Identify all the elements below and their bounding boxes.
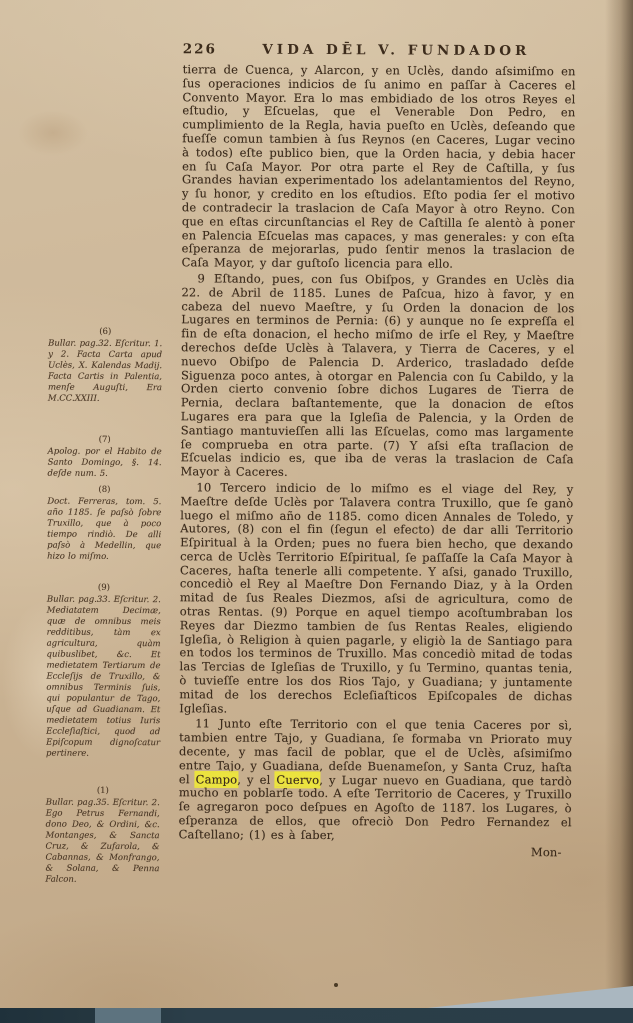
- highlight-campo: Campo: [196, 772, 238, 786]
- page-number: 226: [183, 41, 217, 57]
- margin-note-1: (1) Bullar. pag.35. Eſcritur. 2. Ego Pet…: [45, 786, 160, 887]
- note-text: Apolog. por el Habito de Santo Domingo, …: [47, 447, 161, 481]
- page-content: 226 VIDA DĒL V. FUNDADOR tierra de Cuenc…: [0, 0, 633, 1023]
- paragraph-11: 11Junto eſte Territorio con el que tenia…: [179, 718, 573, 844]
- note-label: (8): [47, 485, 161, 497]
- page-header: 226 VIDA DĒL V. FUNDADOR: [183, 41, 576, 59]
- note-text: Bullar. pag.33. Eſcritur. 2. Mediatatem …: [46, 595, 161, 761]
- note-text: Doct. Ferreras, tom. 5. año 1185. ſe paſ…: [47, 497, 161, 564]
- catchword-row: Mon-: [179, 844, 572, 860]
- highlight-cuervo: Cuervo: [276, 772, 319, 786]
- paragraph-continuation: tierra de Cuenca, y Alarcon, y en Uclès,…: [182, 63, 576, 272]
- paragraph-number: 9: [198, 271, 206, 285]
- paragraph-text: Eſtando, pues, con ſus Obiſpos, y Grande…: [180, 271, 574, 479]
- paragraph-9: 9Eſtando, pues, con ſus Obiſpos, y Grand…: [180, 272, 574, 481]
- running-title: VIDA DĒL V. FUNDADOR: [217, 41, 576, 59]
- margin-notes-column: (6) Bullar. pag.32. Eſcritur. 1. y 2. Fa…: [45, 327, 162, 887]
- margin-note-9: (9) Bullar. pag.33. Eſcritur. 2. Mediata…: [46, 583, 161, 761]
- scanned-book-page: 226 VIDA DĒL V. FUNDADOR tierra de Cuenc…: [0, 0, 633, 1023]
- paragraph-number: 11: [195, 717, 210, 731]
- scrollbar-thumb[interactable]: [95, 1008, 161, 1023]
- paragraph-number: 10: [196, 480, 211, 494]
- paragraph-text: tierra de Cuenca, y Alarcon, y en Uclès,…: [182, 62, 576, 271]
- note-label: (9): [47, 583, 161, 595]
- horizontal-scrollbar[interactable]: [0, 1008, 633, 1023]
- note-text: Bullar. pag.32. Eſcritur. 1. y 2. Facta …: [48, 339, 162, 406]
- note-label: (6): [48, 327, 162, 339]
- margin-note-7: (7) Apolog. por el Habito de Santo Domin…: [47, 435, 161, 481]
- paragraph-text: , y el: [237, 772, 276, 786]
- paragraph-10: 10Tercero indicio de lo miſmo es el viag…: [179, 481, 573, 718]
- page-edge-shadow: [605, 0, 633, 1023]
- catchword: Mon-: [531, 845, 562, 859]
- margin-note-6: (6) Bullar. pag.32. Eſcritur. 1. y 2. Fa…: [48, 327, 162, 406]
- note-label: (1): [46, 786, 160, 798]
- paragraph-text: Tercero indicio de lo miſmo es el viage …: [179, 480, 573, 715]
- main-text-column: tierra de Cuenca, y Alarcon, y en Uclès,…: [179, 63, 576, 859]
- note-text: Bullar. pag.35. Eſcritur. 2. Ego Petrus …: [45, 798, 159, 887]
- margin-note-8: (8) Doct. Ferreras, tom. 5. año 1185. ſe…: [47, 485, 161, 564]
- note-label: (7): [48, 435, 162, 447]
